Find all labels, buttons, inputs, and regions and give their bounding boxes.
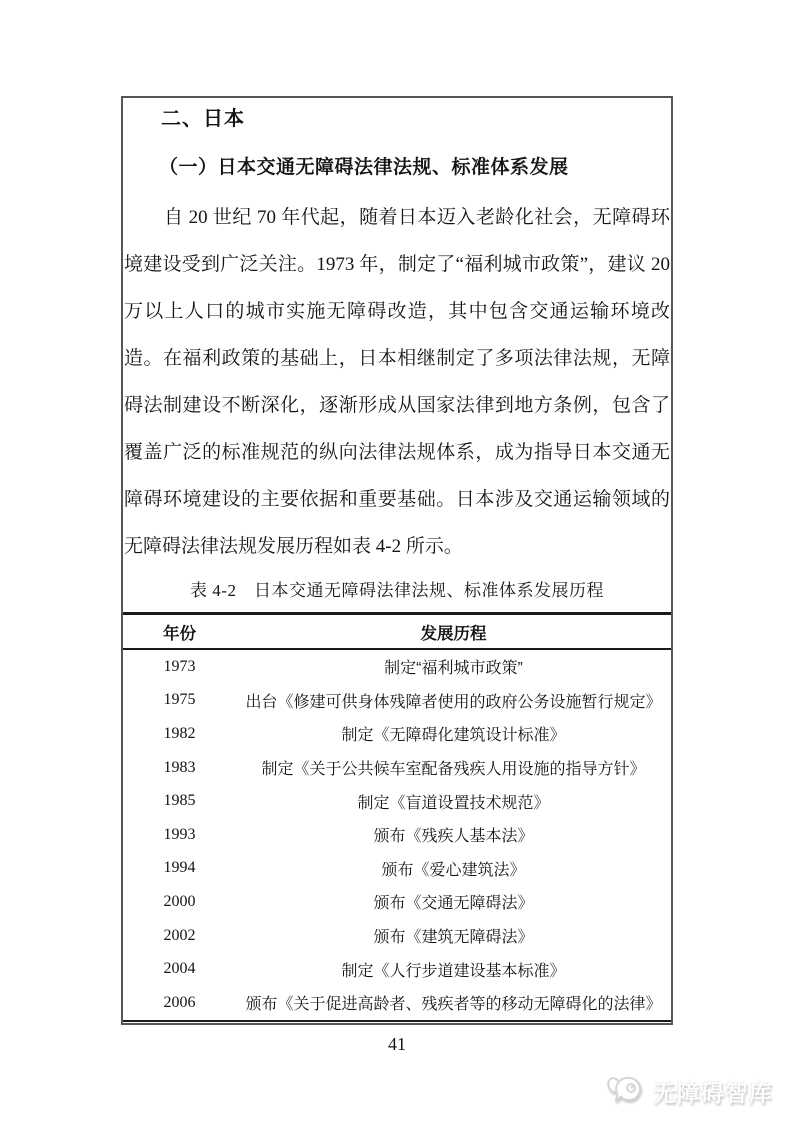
content-box: 二、日本 （一）日本交通无障碍法律法规、标准体系发展 自 20 世纪 70 年代…	[121, 96, 673, 1025]
event-cell: 制定《盲道设置技术规范》	[236, 790, 671, 813]
year-cell: 2002	[123, 927, 236, 945]
body-paragraph: 自 20 世纪 70 年代起，随着日本迈入老龄化社会，无障碍环境建设受到广泛关注…	[124, 194, 670, 570]
year-cell: 1973	[123, 658, 236, 676]
table-caption: 表 4-2 日本交通无障碍法律法规、标准体系发展历程	[123, 576, 671, 606]
subsection-heading: （一）日本交通无障碍法律法规、标准体系发展	[159, 156, 671, 180]
table-row: 1985 制定《盲道设置技术规范》	[123, 784, 671, 818]
table-row: 1994 颁布《爱心建筑法》	[123, 852, 671, 886]
table-row: 2000 颁布《交通无障碍法》	[123, 885, 671, 919]
year-cell: 1985	[123, 792, 236, 810]
event-cell: 颁布《交通无障碍法》	[236, 890, 671, 913]
speech-bubble-logo-icon	[606, 1076, 646, 1106]
table-row: 2002 颁布《建筑无障碍法》	[123, 919, 671, 953]
table-row: 1975 出台《修建可供身体残障者使用的政府公务设施暂行规定》	[123, 684, 671, 718]
event-cell: 制定“福利城市政策”	[236, 655, 671, 678]
year-cell: 1993	[123, 826, 236, 844]
brand-watermark-text: 无障碍智库	[653, 1075, 773, 1108]
table-body: 1973 制定“福利城市政策” 1975 出台《修建可供身体残障者使用的政府公务…	[123, 650, 671, 1020]
table-row: 1993 颁布《残疾人基本法》	[123, 818, 671, 852]
event-cell: 制定《无障碍化建筑设计标准》	[236, 722, 671, 745]
table-row: 2004 制定《人行步道建设基本标准》	[123, 952, 671, 986]
table-row: 1983 制定《关于公共候车室配备残疾人用设施的指导方针》	[123, 751, 671, 785]
history-column-header: 发展历程	[236, 620, 671, 644]
year-cell: 1975	[123, 691, 236, 709]
year-cell: 1983	[123, 759, 236, 777]
event-cell: 颁布《爱心建筑法》	[236, 857, 671, 880]
year-cell: 1982	[123, 725, 236, 743]
development-history-table: 年份 发展历程 1973 制定“福利城市政策” 1975 出台《修建可供身体残障…	[123, 612, 671, 1022]
table-header-row: 年份 发展历程	[123, 615, 671, 650]
page-number: 41	[0, 1034, 794, 1055]
table-row: 2006 颁布《关于促进高龄者、残疾者等的移动无障碍化的法律》	[123, 986, 671, 1020]
year-cell: 2004	[123, 960, 236, 978]
brand-watermark: 无障碍智库	[606, 1074, 773, 1108]
table-row: 1982 制定《无障碍化建筑设计标准》	[123, 717, 671, 751]
year-cell: 1994	[123, 859, 236, 877]
document-page: 二、日本 （一）日本交通无障碍法律法规、标准体系发展 自 20 世纪 70 年代…	[0, 0, 794, 1123]
year-column-header: 年份	[123, 620, 236, 644]
event-cell: 颁布《残疾人基本法》	[236, 823, 671, 846]
year-cell: 2000	[123, 893, 236, 911]
event-cell: 制定《关于公共候车室配备残疾人用设施的指导方针》	[236, 756, 671, 779]
section-heading: 二、日本	[161, 106, 671, 132]
event-cell: 制定《人行步道建设基本标准》	[236, 958, 671, 981]
table-row: 1973 制定“福利城市政策”	[123, 650, 671, 684]
event-cell: 颁布《关于促进高龄者、残疾者等的移动无障碍化的法律》	[236, 991, 671, 1014]
event-cell: 出台《修建可供身体残障者使用的政府公务设施暂行规定》	[236, 689, 671, 712]
event-cell: 颁布《建筑无障碍法》	[236, 924, 671, 947]
year-cell: 2006	[123, 994, 236, 1012]
